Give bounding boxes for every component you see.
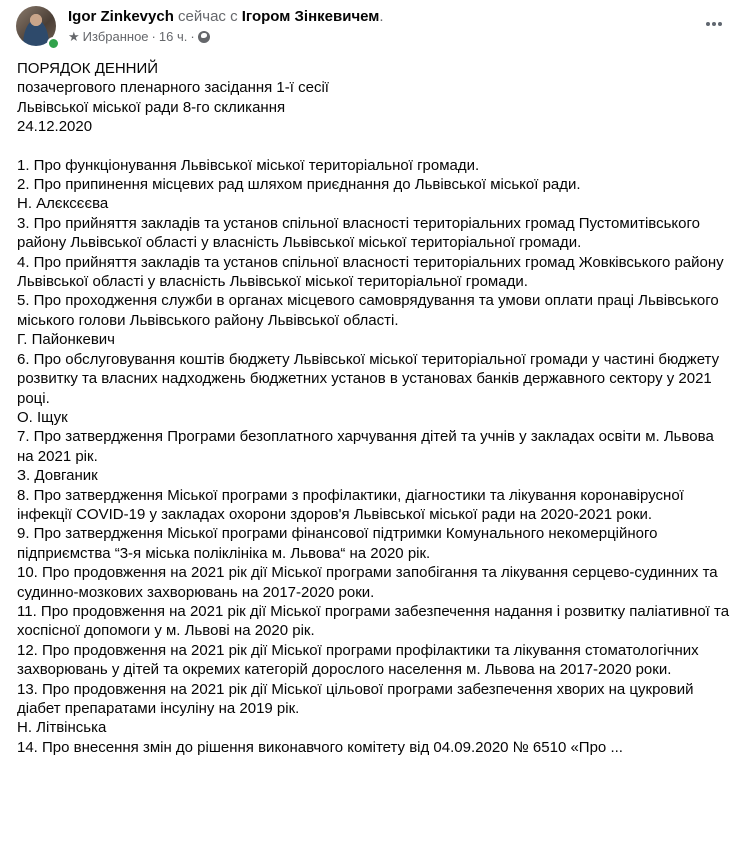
agenda-heading: ПОРЯДОК ДЕННИЙ позачергового пленарного … — [17, 59, 733, 137]
agenda-item: 10. Про продовження на 2021 рік дії Місь… — [17, 563, 733, 602]
agenda-title: ПОРЯДОК ДЕННИЙ — [17, 59, 733, 78]
agenda-item: 7. Про затвердження Програми безоплатног… — [17, 427, 733, 466]
agenda-item: 13. Про продовження на 2021 рік дії Місь… — [17, 680, 733, 719]
audience-label[interactable]: Избранное — [83, 28, 149, 46]
agenda-item: 1. Про функціонування Львівської міської… — [17, 156, 733, 175]
author-line: Igor Zinkevych сейчас с Ігором Зінкевиче… — [68, 7, 384, 27]
agenda-list: 1. Про функціонування Львівської міської… — [17, 156, 733, 758]
more-icon — [712, 22, 716, 26]
post-meta: ★ Избранное · 16 ч. · — [68, 28, 210, 46]
agenda-subtitle: позачергового пленарного засідання 1-ї с… — [17, 78, 733, 97]
post-body: ПОРЯДОК ДЕННИЙ позачергового пленарного … — [17, 59, 733, 757]
more-icon — [718, 22, 722, 26]
agenda-item: 3. Про прийняття закладів та установ спі… — [17, 214, 733, 253]
star-icon: ★ — [68, 28, 80, 46]
tagged-person-link[interactable]: Ігором Зінкевичем — [242, 8, 380, 25]
agenda-subtitle: Львівської міської ради 8-го скликання — [17, 98, 733, 117]
online-status-dot — [47, 37, 60, 50]
agenda-item: 14. Про внесення змін до рішення виконав… — [17, 738, 733, 757]
agenda-item: 12. Про продовження на 2021 рік дії Місь… — [17, 641, 733, 680]
more-options-button[interactable] — [700, 16, 728, 32]
author-name-link[interactable]: Igor Zinkevych — [68, 8, 174, 25]
period: . — [379, 8, 383, 25]
globe-icon[interactable] — [198, 31, 210, 43]
speaker-name: О. Іщук — [17, 408, 733, 427]
agenda-date: 24.12.2020 — [17, 117, 733, 136]
post-header: Igor Zinkevych сейчас с Ігором Зінкевиче… — [0, 0, 746, 56]
agenda-item: 8. Про затвердження Міської програми з п… — [17, 486, 733, 525]
speaker-name: З. Довганик — [17, 466, 733, 485]
agenda-item: 5. Про проходження служби в органах місц… — [17, 291, 733, 330]
agenda-item: 4. Про прийняття закладів та установ спі… — [17, 253, 733, 292]
author-action-text: сейчас с — [178, 8, 238, 25]
post-timestamp[interactable]: 16 ч. — [159, 28, 187, 46]
agenda-item: 9. Про затвердження Міської програми фін… — [17, 524, 733, 563]
more-icon — [706, 22, 710, 26]
separator: · — [190, 28, 194, 46]
speaker-name: Н. Літвінська — [17, 718, 733, 737]
agenda-item: 11. Про продовження на 2021 рік дії Місь… — [17, 602, 733, 641]
agenda-item: 2. Про припинення місцевих рад шляхом пр… — [17, 175, 733, 194]
speaker-name: Н. Алєксєєва — [17, 194, 733, 213]
speaker-name: Г. Пайонкевич — [17, 330, 733, 349]
agenda-item: 6. Про обслуговування коштів бюджету Льв… — [17, 350, 733, 408]
separator: · — [152, 28, 156, 46]
